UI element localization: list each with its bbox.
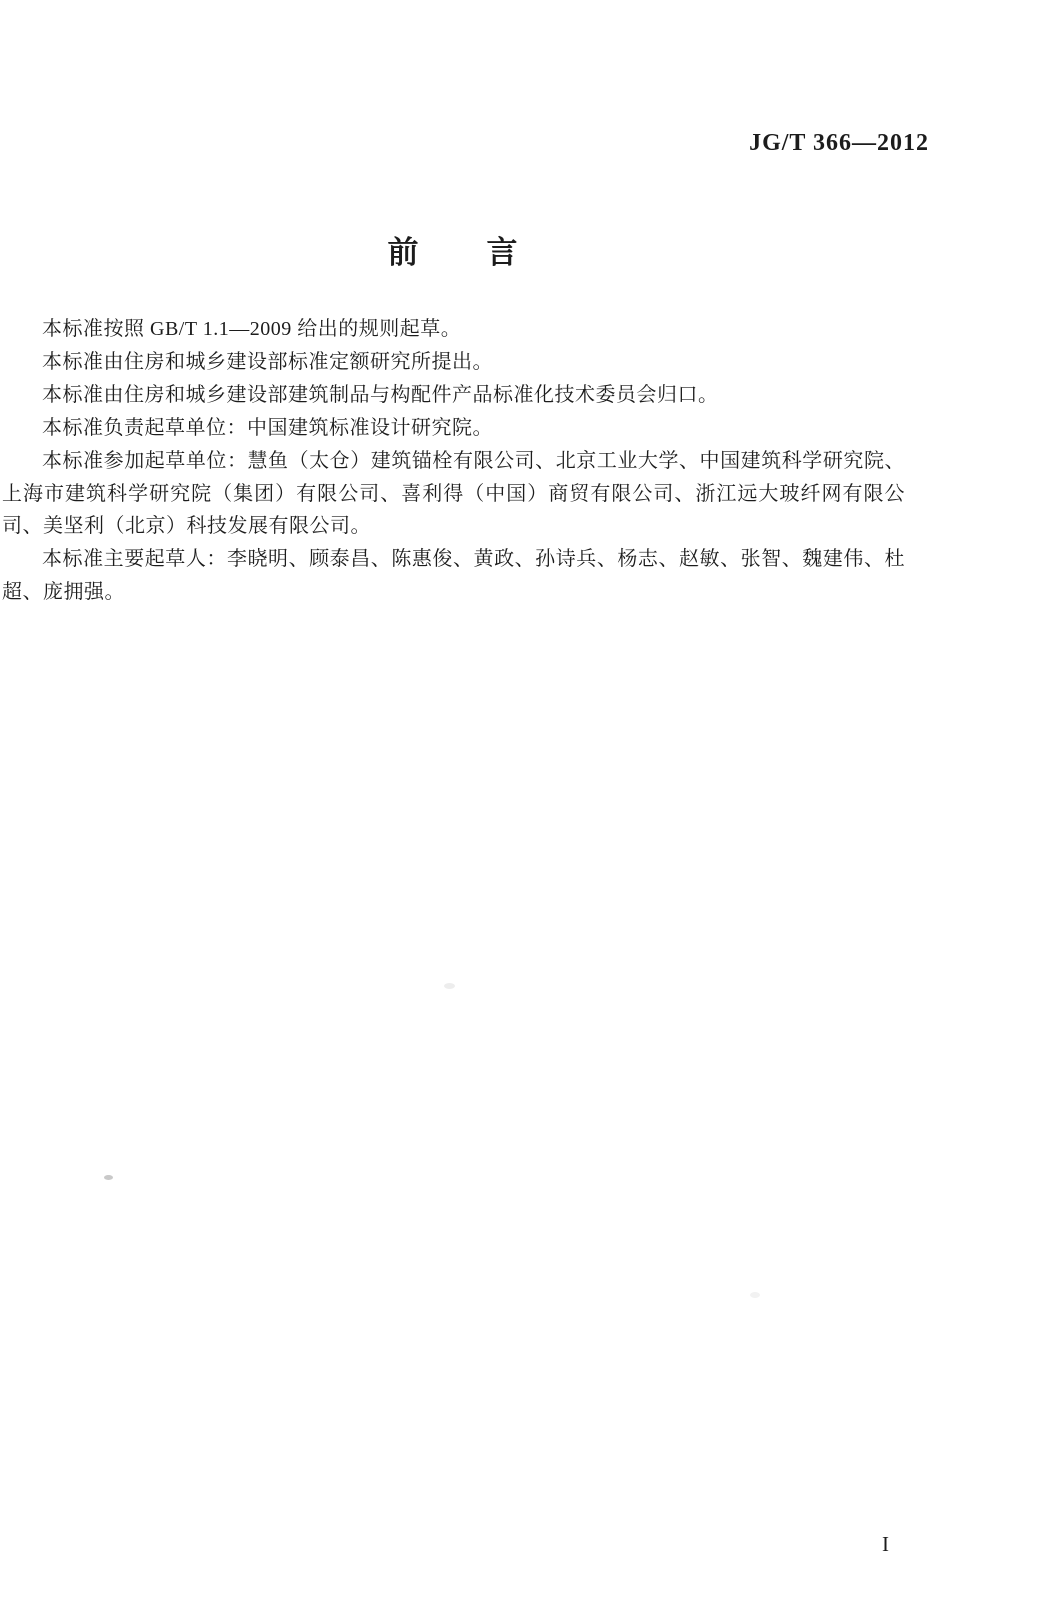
page-title: 前 言 <box>2 227 905 272</box>
scan-artifact <box>750 1292 760 1298</box>
foreword-paragraph: 本标准由住房和城乡建设部标准定额研究所提出。 <box>2 346 905 379</box>
foreword-paragraph: 本标准主要起草人：李晓明、顾泰昌、陈惠俊、黄政、孙诗兵、杨志、赵敏、张智、魏建伟… <box>2 543 905 609</box>
scan-artifact <box>444 983 455 989</box>
scan-artifact <box>104 1175 113 1180</box>
foreword-paragraph: 本标准负责起草单位：中国建筑标准设计研究院。 <box>2 412 905 445</box>
standard-code: JG/T 366—2012 <box>749 130 929 157</box>
foreword-paragraph: 本标准由住房和城乡建设部建筑制品与构配件产品标准化技术委员会归口。 <box>2 379 905 412</box>
foreword-paragraph: 本标准按照 GB/T 1.1—2009 给出的规则起草。 <box>2 313 905 346</box>
document-page: JG/T 366—2012 前 言 本标准按照 GB/T 1.1—2009 给出… <box>0 0 1049 1616</box>
foreword-paragraph: 本标准参加起草单位：慧鱼（太仓）建筑锚栓有限公司、北京工业大学、中国建筑科学研究… <box>2 445 905 544</box>
foreword-body: 本标准按照 GB/T 1.1—2009 给出的规则起草。 本标准由住房和城乡建设… <box>2 313 905 609</box>
page-number: I <box>882 1532 889 1557</box>
